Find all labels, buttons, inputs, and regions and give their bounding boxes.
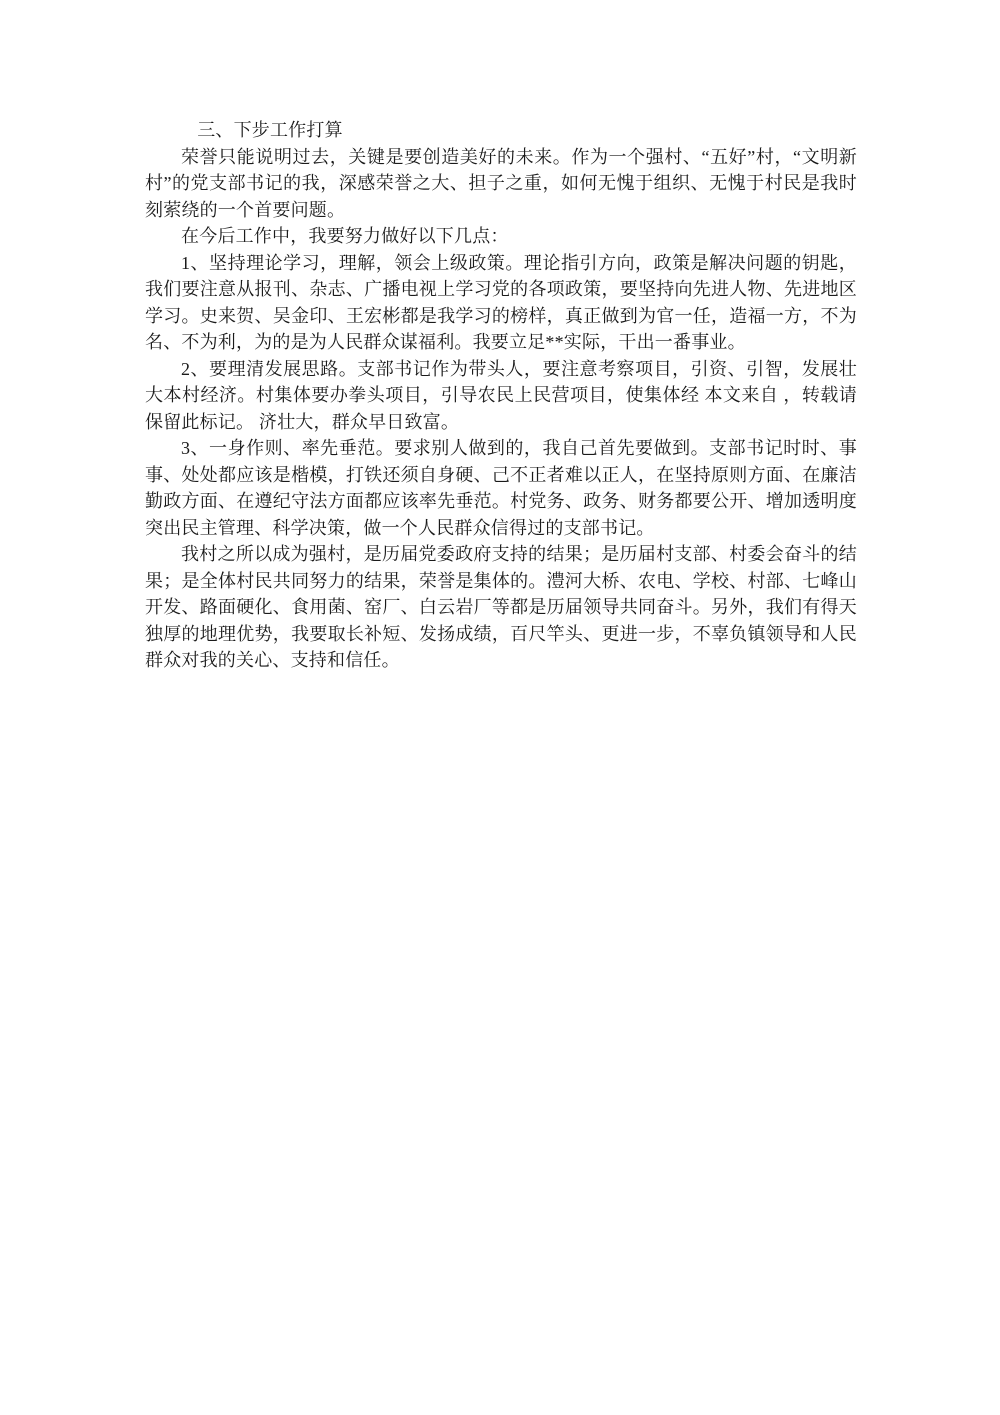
paragraph: 2、要理清发展思路。支部书记作为带头人，要注意考察项目，引资、引智，发展壮大本村… bbox=[145, 356, 857, 436]
paragraph: 3、一身作则、率先垂范。要求别人做到的，我自己首先要做到。支部书记时时、事事、处… bbox=[145, 435, 857, 541]
section-heading: 三、下步工作打算 bbox=[145, 117, 857, 144]
paragraph: 在今后工作中，我要努力做好以下几点： bbox=[145, 223, 857, 250]
paragraph: 荣誉只能说明过去，关键是要创造美好的未来。作为一个强村、“五好”村，“文明新村”… bbox=[145, 144, 857, 224]
document-page: 三、下步工作打算 荣誉只能说明过去，关键是要创造美好的未来。作为一个强村、“五好… bbox=[0, 0, 1000, 1415]
paragraph: 1、坚持理论学习，理解，领会上级政策。理论指引方向，政策是解决问题的钥匙，我们要… bbox=[145, 250, 857, 356]
paragraph: 我村之所以成为强村，是历届党委政府支持的结果；是历届村支部、村委会奋斗的结果；是… bbox=[145, 541, 857, 674]
document-body: 三、下步工作打算 荣誉只能说明过去，关键是要创造美好的未来。作为一个强村、“五好… bbox=[145, 117, 857, 674]
